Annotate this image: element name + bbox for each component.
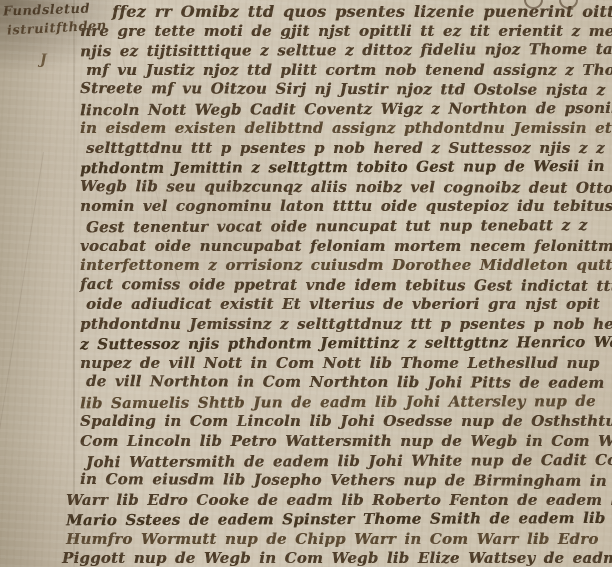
manuscript-line: lib Samuelis Shttb Jun de eadm lib Johi … (80, 392, 612, 414)
manuscript-line: in eisdem existen delibttnd assignz pthd… (80, 119, 612, 139)
manuscript-photo: Fundsletud istruitfthden J ffez rr Omibz… (0, 0, 612, 567)
manuscript-line: Humfro Wormutt nup de Chipp Warr in Com … (66, 530, 612, 550)
manuscript-line: ffez rr Omibz ttd quos psentes lizenie p… (112, 2, 612, 22)
margin-note-line1: Fundsletud (3, 1, 91, 19)
manuscript-line: Gest tenentur vocat oide nuncupat tut nu… (86, 216, 612, 238)
manuscript-line: interfettonem z orrisionz cuiusdm Doroth… (80, 256, 612, 276)
margin-mark: J (40, 52, 47, 68)
manuscript-line: Piggott nup de Wegb in Com Wegb lib Eliz… (62, 549, 612, 567)
manuscript-line: z Suttessoz njis pthdontm Jemittinz z se… (80, 333, 612, 355)
manuscript-line: Johi Wattersmith de eadem lib Johi White… (86, 450, 612, 472)
manuscript-line: de vill Northton in Com Northton lib Joh… (86, 372, 612, 393)
parchment-crease (0, 152, 44, 468)
manuscript-line: Mario Sstees de eadem Spinster Thome Smi… (66, 509, 612, 531)
manuscript-line: nupez de vill Nott in Com Nott lib Thome… (80, 354, 612, 374)
manuscript-line: vocabat oide nuncupabat feloniam mortem … (80, 237, 612, 257)
manuscript-line: mf vu Justiz njoz ttd plitt cortm nob te… (86, 61, 612, 81)
manuscript-line: njis ez tijtisitttique z selttue z ditto… (80, 40, 612, 62)
manuscript-line: nre gre tette moti de gjit njst opittli … (80, 22, 612, 42)
manuscript-line: fact comiss oide ppetrat vnde idem tebit… (80, 275, 612, 297)
manuscript-line: Streete mf vu Oitzou Sirj nj Justir njoz… (80, 79, 612, 101)
text-block: ffez rr Omibz ttd quos psentes lizenie p… (80, 2, 612, 567)
manuscript-line: Warr lib Edro Cooke de eadm lib Roberto … (66, 491, 612, 511)
manuscript-line: Spalding in Com Lincoln lib Johi Osedsse… (80, 412, 612, 432)
manuscript-line: in Com eiusdm lib Josepho Vethers nup de… (80, 470, 612, 492)
manuscript-line: selttgttdnu ttt p psentes p nob hered z … (86, 139, 612, 159)
manuscript-line: lincoln Nott Wegb Cadit Coventz Wigz z N… (80, 99, 612, 121)
manuscript-line: pthdontdnu Jemissinz z selttgttdnuz ttt … (80, 315, 612, 335)
manuscript-line: Wegb lib seu quibzcunqz aliis noibz vel … (80, 177, 612, 199)
margin-ruling-crease (73, 0, 75, 567)
manuscript-line: Com Lincoln lib Petro Wattersmith nup de… (80, 432, 612, 452)
manuscript-line: oide adiudicat existit Et vlterius de vb… (86, 295, 612, 315)
manuscript-line: nomin vel cognominu laton ttttu oide qus… (80, 197, 612, 217)
manuscript-line: pthdontm Jemittin z selttgttm tobito Ges… (80, 157, 612, 179)
